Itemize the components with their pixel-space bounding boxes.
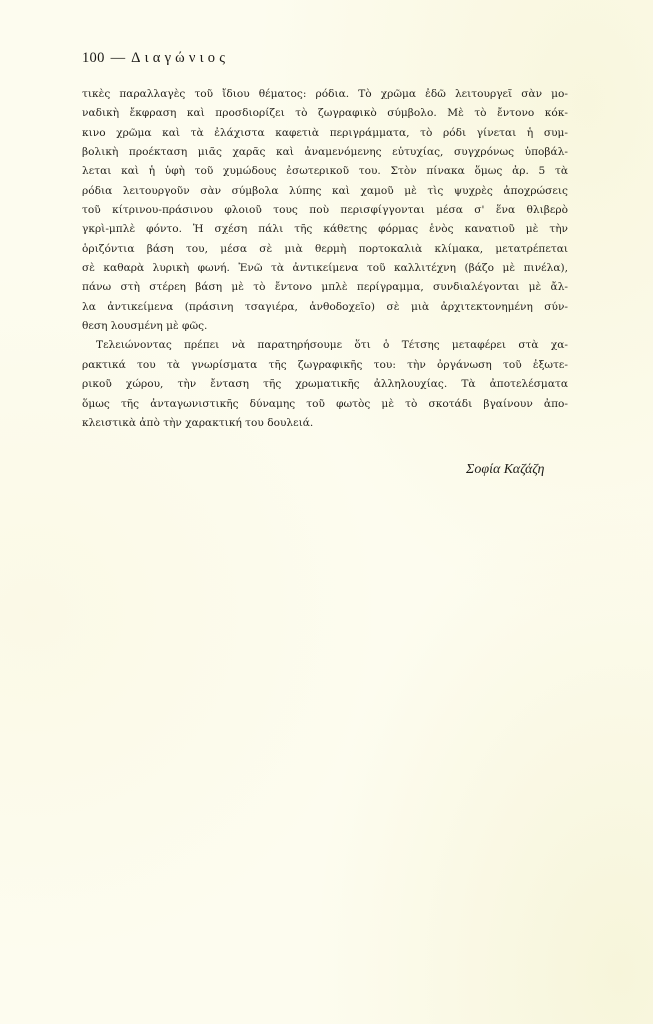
running-head: 100—Διαγώνιος — [82, 50, 229, 67]
text-line: γκρὶ-μπλὲ φόντο. Ἡ σχέση πάλι τῆς κάθετη… — [82, 220, 568, 239]
journal-title: Διαγώνιος — [131, 50, 229, 66]
text-line: πάνω στὴ στέρεη βάση μὲ τὸ ἔντονο μπλὲ π… — [82, 278, 568, 297]
text-line: λα ἀντικείμενα (πράσινη τσαγιέρα, ἀνθοδο… — [82, 298, 568, 317]
text-line: κλειστικὰ ἀπὸ τὴν χαρακτική του δουλειά. — [82, 414, 568, 433]
text-line: τικὲς παραλλαγὲς τοῦ ἴδιου θέματος: ρόδι… — [82, 85, 568, 104]
text-line: θεση λουσμένη μὲ φῶς. — [82, 317, 568, 336]
text-line: ρικοῦ χώρου, τὴν ἔνταση τῆς χρωματικῆς ἀ… — [82, 375, 568, 394]
text-line: ὅμως τῆς ἀνταγωνιστικῆς δύναμης τοῦ φωτὸ… — [82, 395, 568, 414]
page-number: 100 — [82, 50, 105, 66]
text-line: ὁριζόντια βάση του, μέσα σὲ μιὰ θερμὴ πο… — [82, 240, 568, 259]
text-line: βολικὴ προέκταση μιᾶς χαρᾶς καὶ ἀναμενόμ… — [82, 143, 568, 162]
text-line: ρόδια λειτουργοῦν σὰν σύμβολα λύπης καὶ … — [82, 182, 568, 201]
text-line: ρακτικά του τὰ γνωρίσματα τῆς ζωγραφικῆς… — [82, 356, 568, 375]
paragraph-2: Τελειώνοντας πρέπει νὰ παρατηρήσουμε ὅτι… — [82, 336, 568, 433]
text-line: ναδικὴ ἔκφραση καὶ προσδιορίζει τὸ ζωγρα… — [82, 104, 568, 123]
text-line: λεται καὶ ἡ ὑφὴ τοῦ χυμώδους ἐσωτερικοῦ … — [82, 162, 568, 181]
paragraph-1: τικὲς παραλλαγὲς τοῦ ἴδιου θέματος: ρόδι… — [82, 85, 568, 336]
book-page: 100—Διαγώνιος τικὲς παραλλαγὲς τοῦ ἴδιου… — [0, 0, 653, 1024]
text-line: κινο χρῶμα καὶ τὰ ἐλάχιστα καφετιὰ περιγ… — [82, 124, 568, 143]
text-line: σὲ καθαρὰ λυρικὴ φωνή. Ἐνῶ τὰ ἀντικείμεν… — [82, 259, 568, 278]
header-dash: — — [111, 50, 126, 66]
author-signature: Σοφία Καζάζη — [466, 462, 544, 478]
text-line: τοῦ κίτρινου-πράσινου φλοιοῦ τους ποὺ πε… — [82, 201, 568, 220]
article-body: τικὲς παραλλαγὲς τοῦ ἴδιου θέματος: ρόδι… — [82, 85, 568, 433]
text-line: Τελειώνοντας πρέπει νὰ παρατηρήσουμε ὅτι… — [82, 336, 568, 355]
